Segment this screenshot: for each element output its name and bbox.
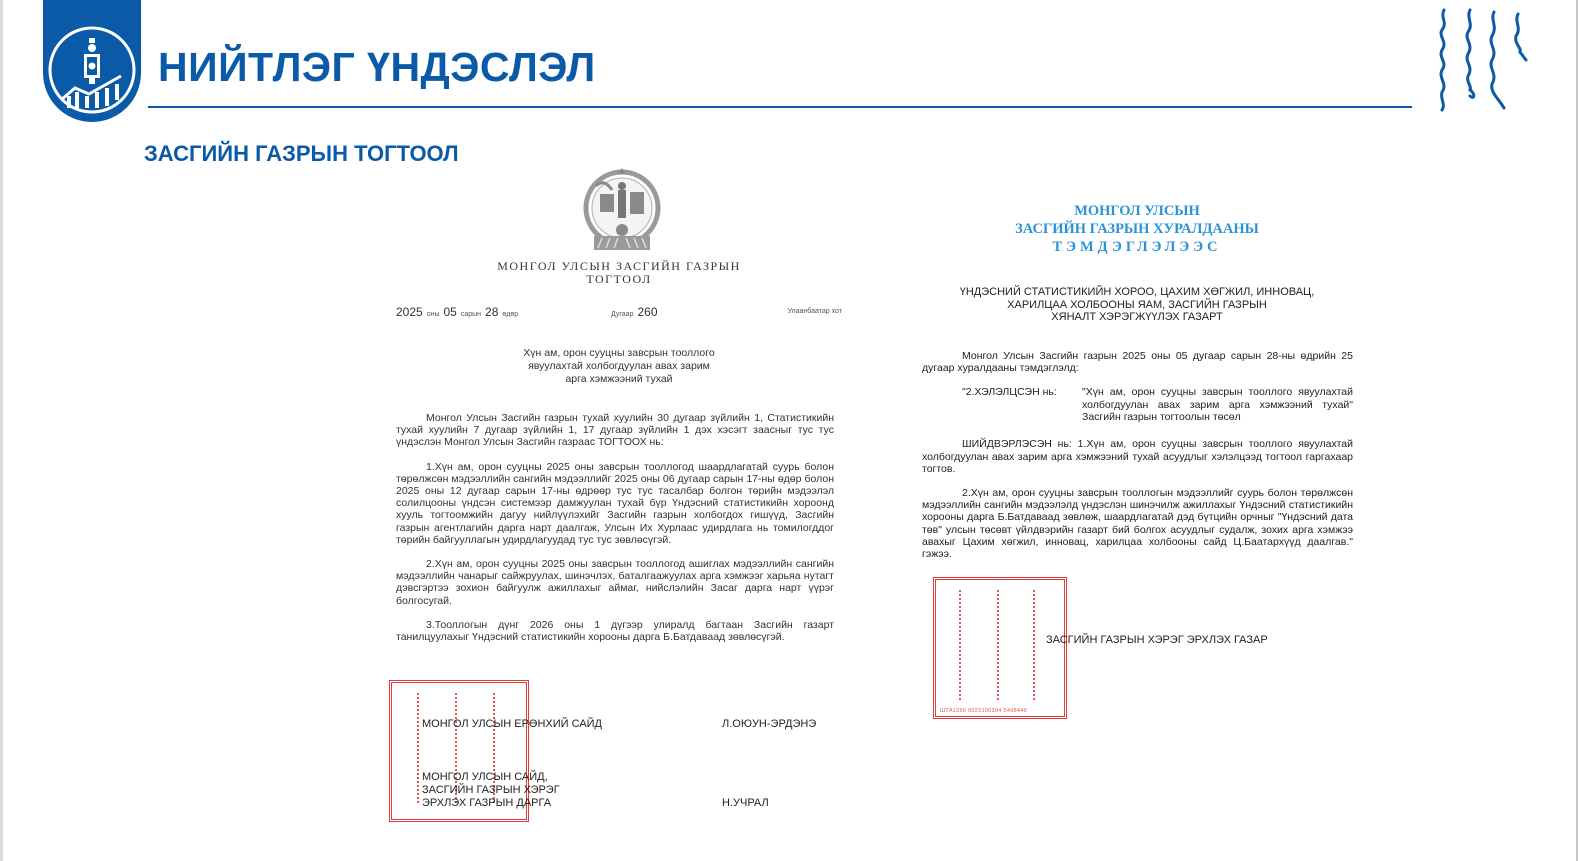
signatory-title: МОНГОЛ УЛСЫН ЕРӨНХИЙ САЙД xyxy=(422,718,602,731)
resolution-document: МОНГОЛ УЛСЫН ЗАСГИЙН ГАЗРЫН ТОГТООЛ 2025… xyxy=(384,160,854,825)
issuing-office: ЗАСГИЙН ГАЗРЫН ХЭРЭГ ЭРХЛЭХ ГАЗАР xyxy=(1046,634,1268,646)
header-divider xyxy=(148,106,1412,108)
signatory-name: Н.УЧРАЛ xyxy=(722,797,769,810)
paragraph: Монгол Улсын Засгийн газрын тухай хуулий… xyxy=(396,412,834,449)
paragraph: 1.Хүн ам, орон сууцны 2025 оны завсрын т… xyxy=(396,461,834,546)
protocol-heading: МОНГОЛ УЛСЫН ЗАСГИЙН ГАЗРЫН ХУРАЛДААНЫ Т… xyxy=(914,202,1360,256)
mongol-script-calligraphy-icon xyxy=(1430,4,1530,114)
addressee: ҮНДЭСНИЙ СТАТИСТИКИЙН ХОРОО, ЦАХИМ ХӨГЖИ… xyxy=(914,286,1360,324)
left-border xyxy=(0,0,3,861)
signatory-title: МОНГОЛ УЛСЫН САЙД, ЗАСГИЙН ГАЗРЫН ХЭРЭГ … xyxy=(422,771,560,810)
resolution-body: Монгол Улсын Засгийн газрын тухай хуулий… xyxy=(396,412,834,655)
red-official-seal-icon: ШТА1256 9023100394 5498449 xyxy=(933,577,1067,719)
resolution-title: Хүн ам, орон сууцны завсрын тооллого яву… xyxy=(384,347,854,386)
resolution-number: 260 xyxy=(637,305,657,319)
issuer-heading: МОНГОЛ УЛСЫН ЗАСГИЙН ГАЗРЫН ТОГТООЛ xyxy=(384,260,854,286)
protocol-extract-document: МОНГОЛ УЛСЫН ЗАСГИЙН ГАЗРЫН ХУРАЛДААНЫ Т… xyxy=(914,195,1360,725)
paragraph: ШИЙДВЭРЛЭСЭН нь: 1.Хүн ам, орон сууцны з… xyxy=(922,438,1353,475)
paragraph: Монгол Улсын Засгийн газрын 2025 оны 05 … xyxy=(922,350,1353,374)
resolution-dateline: 2025оны05сарын28өдөр Дугаар260 Улаанбаат… xyxy=(396,305,842,321)
paragraph: 2.Хүн ам, орон сууцны завсрын тооллогын … xyxy=(922,487,1353,560)
soyombo-statistics-logo-icon xyxy=(43,0,141,122)
agreed-item: "2.ХЭЛЭЛЦСЭН нь: "Хүн ам, орон сууцны за… xyxy=(922,386,1353,426)
page-title: НИЙТЛЭГ ҮНДЭСЛЭЛ xyxy=(158,44,596,91)
signatory-name: Л.ОЮУН-ЭРДЭНЭ xyxy=(722,718,816,731)
state-emblem-icon xyxy=(580,164,664,258)
city: Улаанбаатар хот xyxy=(788,308,842,315)
paragraph: 3.Тооллогын дүнг 2026 оны 1 дүгээр улира… xyxy=(396,619,834,643)
paragraph: 2.Хүн ам, орон сууцны 2025 оны завсрын т… xyxy=(396,558,834,607)
protocol-body: Монгол Улсын Засгийн газрын 2025 оны 05 … xyxy=(922,350,1353,572)
